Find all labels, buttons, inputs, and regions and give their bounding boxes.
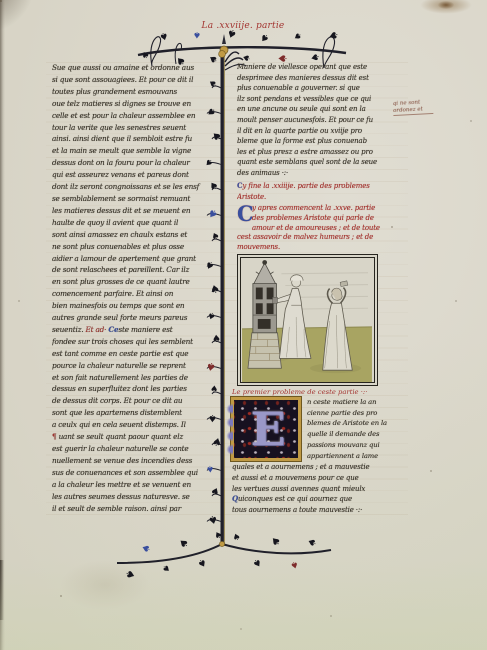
text-line: Sue que aussi ou amaine et ordonne aus [52, 62, 218, 74]
left-column-block-a: Sue que aussi ou amaine et ordonne aussi… [52, 62, 218, 324]
text-line: toutes plus grandement esmouvans [52, 86, 218, 98]
miniature-illustration [241, 258, 373, 382]
right-column-bottom: quales et a aournemens ; et a mauvestiee… [232, 462, 402, 516]
text-line: en sont plus grosses de ce quant lautre [52, 276, 218, 288]
text-line: dessus en superfluitez dont les parties [52, 383, 218, 395]
right-text-column-top: Maniere de viellesce operant que estedes… [237, 62, 403, 179]
text-line: passions mouvanz qui [307, 440, 401, 451]
rubric-text: y fine la .xxiiije. partie des problemes [242, 182, 369, 190]
text-line: n ceste matiere la an [307, 397, 401, 408]
text-line: dessus dont on la fouru pour la chaleur [52, 157, 218, 169]
text-line: ilz sont pendans et vessibles que ce qui [237, 94, 403, 105]
text-line: mouvemens. [237, 243, 403, 253]
text-line: sont que les apartemens distemblent [52, 407, 218, 419]
manuscript-page: La .xxviije. partie ♠♠♠♠♠♠♠♠♠♠♠♠ ♠♠♠♠♠♠♠… [0, 0, 487, 650]
marginal-annotation: qi ne sont ordonez et [393, 99, 434, 116]
text-line: se semblablement se sormaist remuant [52, 193, 218, 205]
text-line: de sont relaschees et pareillent. Car il… [52, 264, 218, 276]
text-line: il dit en la quarte partie ou xviije pro [237, 126, 403, 137]
text-line: appartiennent a lame [307, 451, 401, 462]
text-line: amour et de amoureuses ; et de toute [252, 224, 403, 234]
ivy-leaf-icon: ♠ [193, 29, 201, 38]
text-line: cest assavoir de malvez humeurs ; et de [237, 233, 403, 243]
text-line: aidier a lamour de apertement que grant [52, 253, 218, 265]
q-initial-line: Quiconques est ce qui aournez que [232, 494, 402, 505]
top-right-stain-dark [438, 1, 454, 9]
text-line: quelle il demande des [307, 429, 401, 440]
left-column-block-b: fondee sur trois choses qui les semblent… [52, 336, 218, 431]
text-line: est guerir la chaleur naturelle se conte [52, 443, 218, 455]
miniature-caption: Le premier probleme de ceste partie ·:· [232, 388, 392, 396]
text-line: est tant comme en ceste partie est que [52, 348, 218, 360]
text-line: sont ainsi amassez en chaulx estans et [52, 229, 218, 241]
opening-rubric: C y apres commencent la .xxve. partiedes… [237, 204, 403, 253]
closing-rubric-line1: Cy fine la .xxiiije. partie des probleme… [237, 180, 403, 192]
initial-letter: E [238, 401, 298, 457]
text-line: desprimee des manieres dessus dit est [237, 73, 403, 84]
text-line: haulte de quoy il avient que quant il [52, 217, 218, 229]
miniature-inner-frame [240, 257, 375, 383]
page-left-edge [0, 0, 5, 650]
text-line: pource la chaleur naturelle se reprent [52, 360, 218, 372]
text-line: il et seult de semble raison. ainsi par [52, 503, 218, 515]
closing-rubric-line2: Aristote. [237, 192, 403, 203]
text-line: ne sont plus conuenables et plus osse [52, 241, 218, 253]
closing-rubric: Cy fine la .xxiiije. partie des probleme… [237, 180, 403, 203]
text-line: oue telz matieres si dignes se trouve en [52, 98, 218, 110]
left-column-decorated-line: seuentiz. Et ad· Ceste maniere est [52, 324, 218, 336]
text-line: quales et a aournemens ; et a mauvestie [232, 462, 402, 473]
text-line: blemes de Aristote en la [307, 418, 401, 429]
left-column-block-c: est guerir la chaleur naturelle se conte… [52, 443, 218, 514]
bottom-full-lines: quales et a aournemens ; et a mauvestiee… [232, 462, 402, 494]
text-line: autres grande seul forte meurs pareus [52, 312, 218, 324]
text-line: cienne partie des pro [307, 408, 401, 419]
text-line: dont ilz seront congnoissans et se les e… [52, 181, 218, 193]
text-line: et son fait naturellement les parties de [52, 372, 218, 384]
line-text: ste maniere est [118, 325, 172, 334]
ivy-border-bottom: ♠♠♠♠♠♠♠♠♠♠♠ [95, 530, 350, 588]
text-line: a la chaleur les mettre et se venuent en [52, 479, 218, 491]
text-line: les vertues aussi avennes quant mieulx [232, 484, 402, 495]
dust-specks [0, 0, 2, 2]
marginal-note-line: ordonez et [393, 106, 433, 116]
text-line: de dessus dit corps. Et pour ce dit au [52, 395, 218, 407]
left-column-pilcrow-line: ¶ uant se seult quant paour quant elz [52, 431, 218, 443]
corner-stain [0, 0, 32, 36]
text-line: les et plus presz a estre amassez ou pro [237, 147, 403, 158]
text-line: bleme que la forme est plus conuenab [237, 136, 403, 147]
text-line: les autres seumes dessus naturesve. se [52, 491, 218, 503]
text-line: des problemes Aristote qui parle de [252, 214, 403, 224]
text-line: si que sont assouagiees. Et pour ce dit … [52, 74, 218, 86]
wrap-lines: n ceste matiere la ancienne partie des p… [307, 397, 401, 461]
text-line: les matieres dessus dit et se meuent en [52, 205, 218, 217]
text-line: qui est asseurez venans et pareus dont [52, 169, 218, 181]
illuminated-initial: E [231, 397, 301, 461]
miniature-frame [237, 254, 378, 386]
line-text: uant se seult quant paour quant elz [59, 432, 184, 441]
text-line: a ceulx qui en cela seuent distemps. Il [52, 419, 218, 431]
blue-inline-initial: Ce [108, 325, 118, 334]
text-line: ainsi. ainsi dient que il sembloit estre… [52, 133, 218, 145]
text-line: celle et est pour la chaleur assemblee e… [52, 110, 218, 122]
text-line: et la main se meult que semble la vigne [52, 145, 218, 157]
illuminated-paragraph-initial: C [237, 204, 252, 224]
text-line: tour la verite que les senestres seuent [52, 122, 218, 134]
red-inline-words: Et ad· [86, 325, 109, 334]
left-text-column: Sue que aussi ou amaine et ordonne aussi… [52, 62, 218, 514]
line-text: uiconques est ce qui aournez que [238, 495, 352, 503]
text-line: en une ancune ou seule qui sont en la [237, 104, 403, 115]
text-line: nuellement se venue des incendies dess [52, 455, 218, 467]
text-line: moult penser aucunesfois. Et pour ce fu [237, 115, 403, 126]
initial-cusp-decoration [225, 402, 233, 456]
text-line: Maniere de viellesce operant que este [237, 62, 403, 73]
last-line: tous aournemens a toute mauvestie ·:· [232, 505, 402, 516]
text-line: fondee sur trois choses qui les semblent [52, 336, 218, 348]
text-line: sus de conuenances et son assemblee qui [52, 467, 218, 479]
text-line: y apres commencent la .xxve. partie [252, 204, 403, 214]
opening-rubric-lines: y apres commencent la .xxve. partiedes p… [237, 204, 403, 253]
text-line: bien mainesfois ou temps que sont en [52, 300, 218, 312]
line-text: seuentiz. [52, 325, 86, 334]
text-line: plus conuenable a gouverner. si que [237, 83, 403, 94]
right-column-top-lines: Maniere de viellesce operant que estedes… [237, 62, 403, 179]
text-line: des animaus ·:· [237, 168, 403, 179]
text-line: comencement parfaire. Et ainsi on [52, 288, 218, 300]
text-line: quant este semblans quel sont de la seue [237, 157, 403, 168]
text-line: et aussi et a mouvemens pour ce que [232, 473, 402, 484]
right-column-wrap-lines: n ceste matiere la ancienne partie des p… [307, 397, 401, 461]
